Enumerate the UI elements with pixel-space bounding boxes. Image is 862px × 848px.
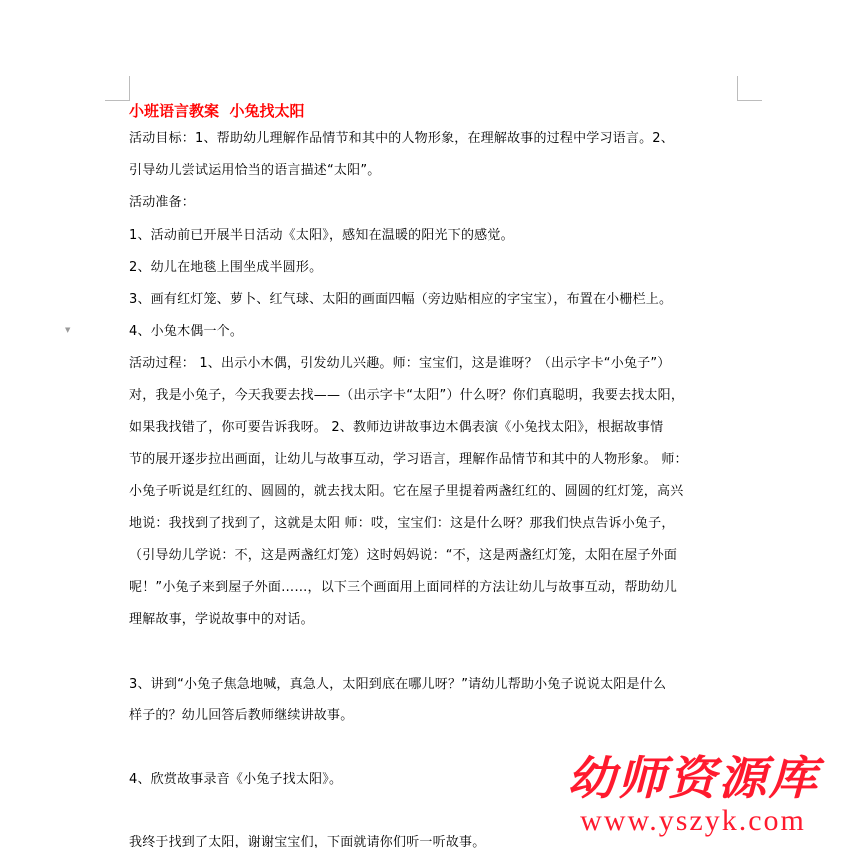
margin-corner-mark-left: [105, 76, 130, 101]
margin-corner-mark-right: [737, 76, 762, 101]
watermark-url: www.yszyk.com: [528, 804, 858, 838]
document-page: 小班语言教案 小兔找太阳 活动目标：1、帮助幼儿理解作品情节和其中的人物形象，在…: [0, 0, 862, 848]
text-line: 活动目标：1、帮助幼儿理解作品情节和其中的人物形象，在理解故事的过程中学习语言。…: [129, 131, 674, 147]
text-line: 地说：我找到了找到了，这就是太阳 师：哎，宝宝们：这是什么呀？那我们快点告诉小兔…: [129, 516, 675, 532]
text-line: 3、画有红灯笼、萝卜、红气球、太阳的画面四幅（旁边贴相应的字宝宝），布置在小栅栏…: [129, 292, 672, 308]
text-line: 1、活动前已开展半日活动《太阳》，感知在温暖的阳光下的感觉。: [129, 228, 514, 244]
text-line: 样子的？幼儿回答后教师继续讲故事。: [129, 708, 353, 724]
watermark-name: 幼师资源库: [520, 752, 862, 804]
text-line: 呢！”小兔子来到屋子外面……，以下三个画面用上面同样的方法让幼儿与故事互动，帮助…: [129, 580, 677, 596]
text-line: 活动准备：: [129, 195, 195, 211]
document-title: 小班语言教案 小兔找太阳: [129, 100, 304, 121]
dropdown-caret-icon: ▼: [65, 326, 70, 334]
text-line: 小兔子听说是红红的、圆圆的，就去找太阳。它在屋子里提着两盏红红的、圆圆的红灯笼，…: [129, 484, 683, 500]
text-line: 我终于找到了太阳，谢谢宝宝们，下面就请你们听一听故事。: [129, 835, 485, 848]
text-line: 如果我找错了，你可要告诉我呀。 2、教师边讲故事边木偶表演《小兔找太阳》，根据故…: [129, 420, 663, 436]
text-line: 2、幼儿在地毯上围坐成半圆形。: [129, 260, 322, 276]
text-line: 3、讲到“小兔子焦急地喊，真急人，太阳到底在哪儿呀？”请幼儿帮助小兔子说说太阳是…: [129, 677, 666, 693]
text-line: 4、欣赏故事录音《小兔子找太阳》。: [129, 772, 342, 788]
watermark: 幼师资源库 www.yszyk.com: [528, 752, 858, 838]
text-line: 活动过程： 1、出示小木偶，引发幼儿兴趣。师：宝宝们，这是谁呀？（出示字卡“小兔…: [129, 356, 670, 372]
text-line: 节的展开逐步拉出画面，让幼儿与故事互动，学习语言，理解作品情节和其中的人物形象。…: [129, 452, 688, 468]
text-line: 4、小兔木偶一个。: [129, 324, 243, 340]
text-line: 引导幼儿尝试运用恰当的语言描述“太阳”。: [129, 163, 380, 179]
paragraph-layout-icon[interactable]: ▼: [57, 323, 69, 337]
text-line: （引导幼儿学说：不，这是两盏红灯笼）这时妈妈说：“不，这是两盏红灯笼，太阳在屋子…: [129, 548, 677, 564]
text-line: 理解故事，学说故事中的对话。: [129, 612, 314, 628]
text-line: 对，我是小兔子，今天我要去找——（出示字卡“太阳”）什么呀？你们真聪明，我要去找…: [129, 388, 684, 404]
